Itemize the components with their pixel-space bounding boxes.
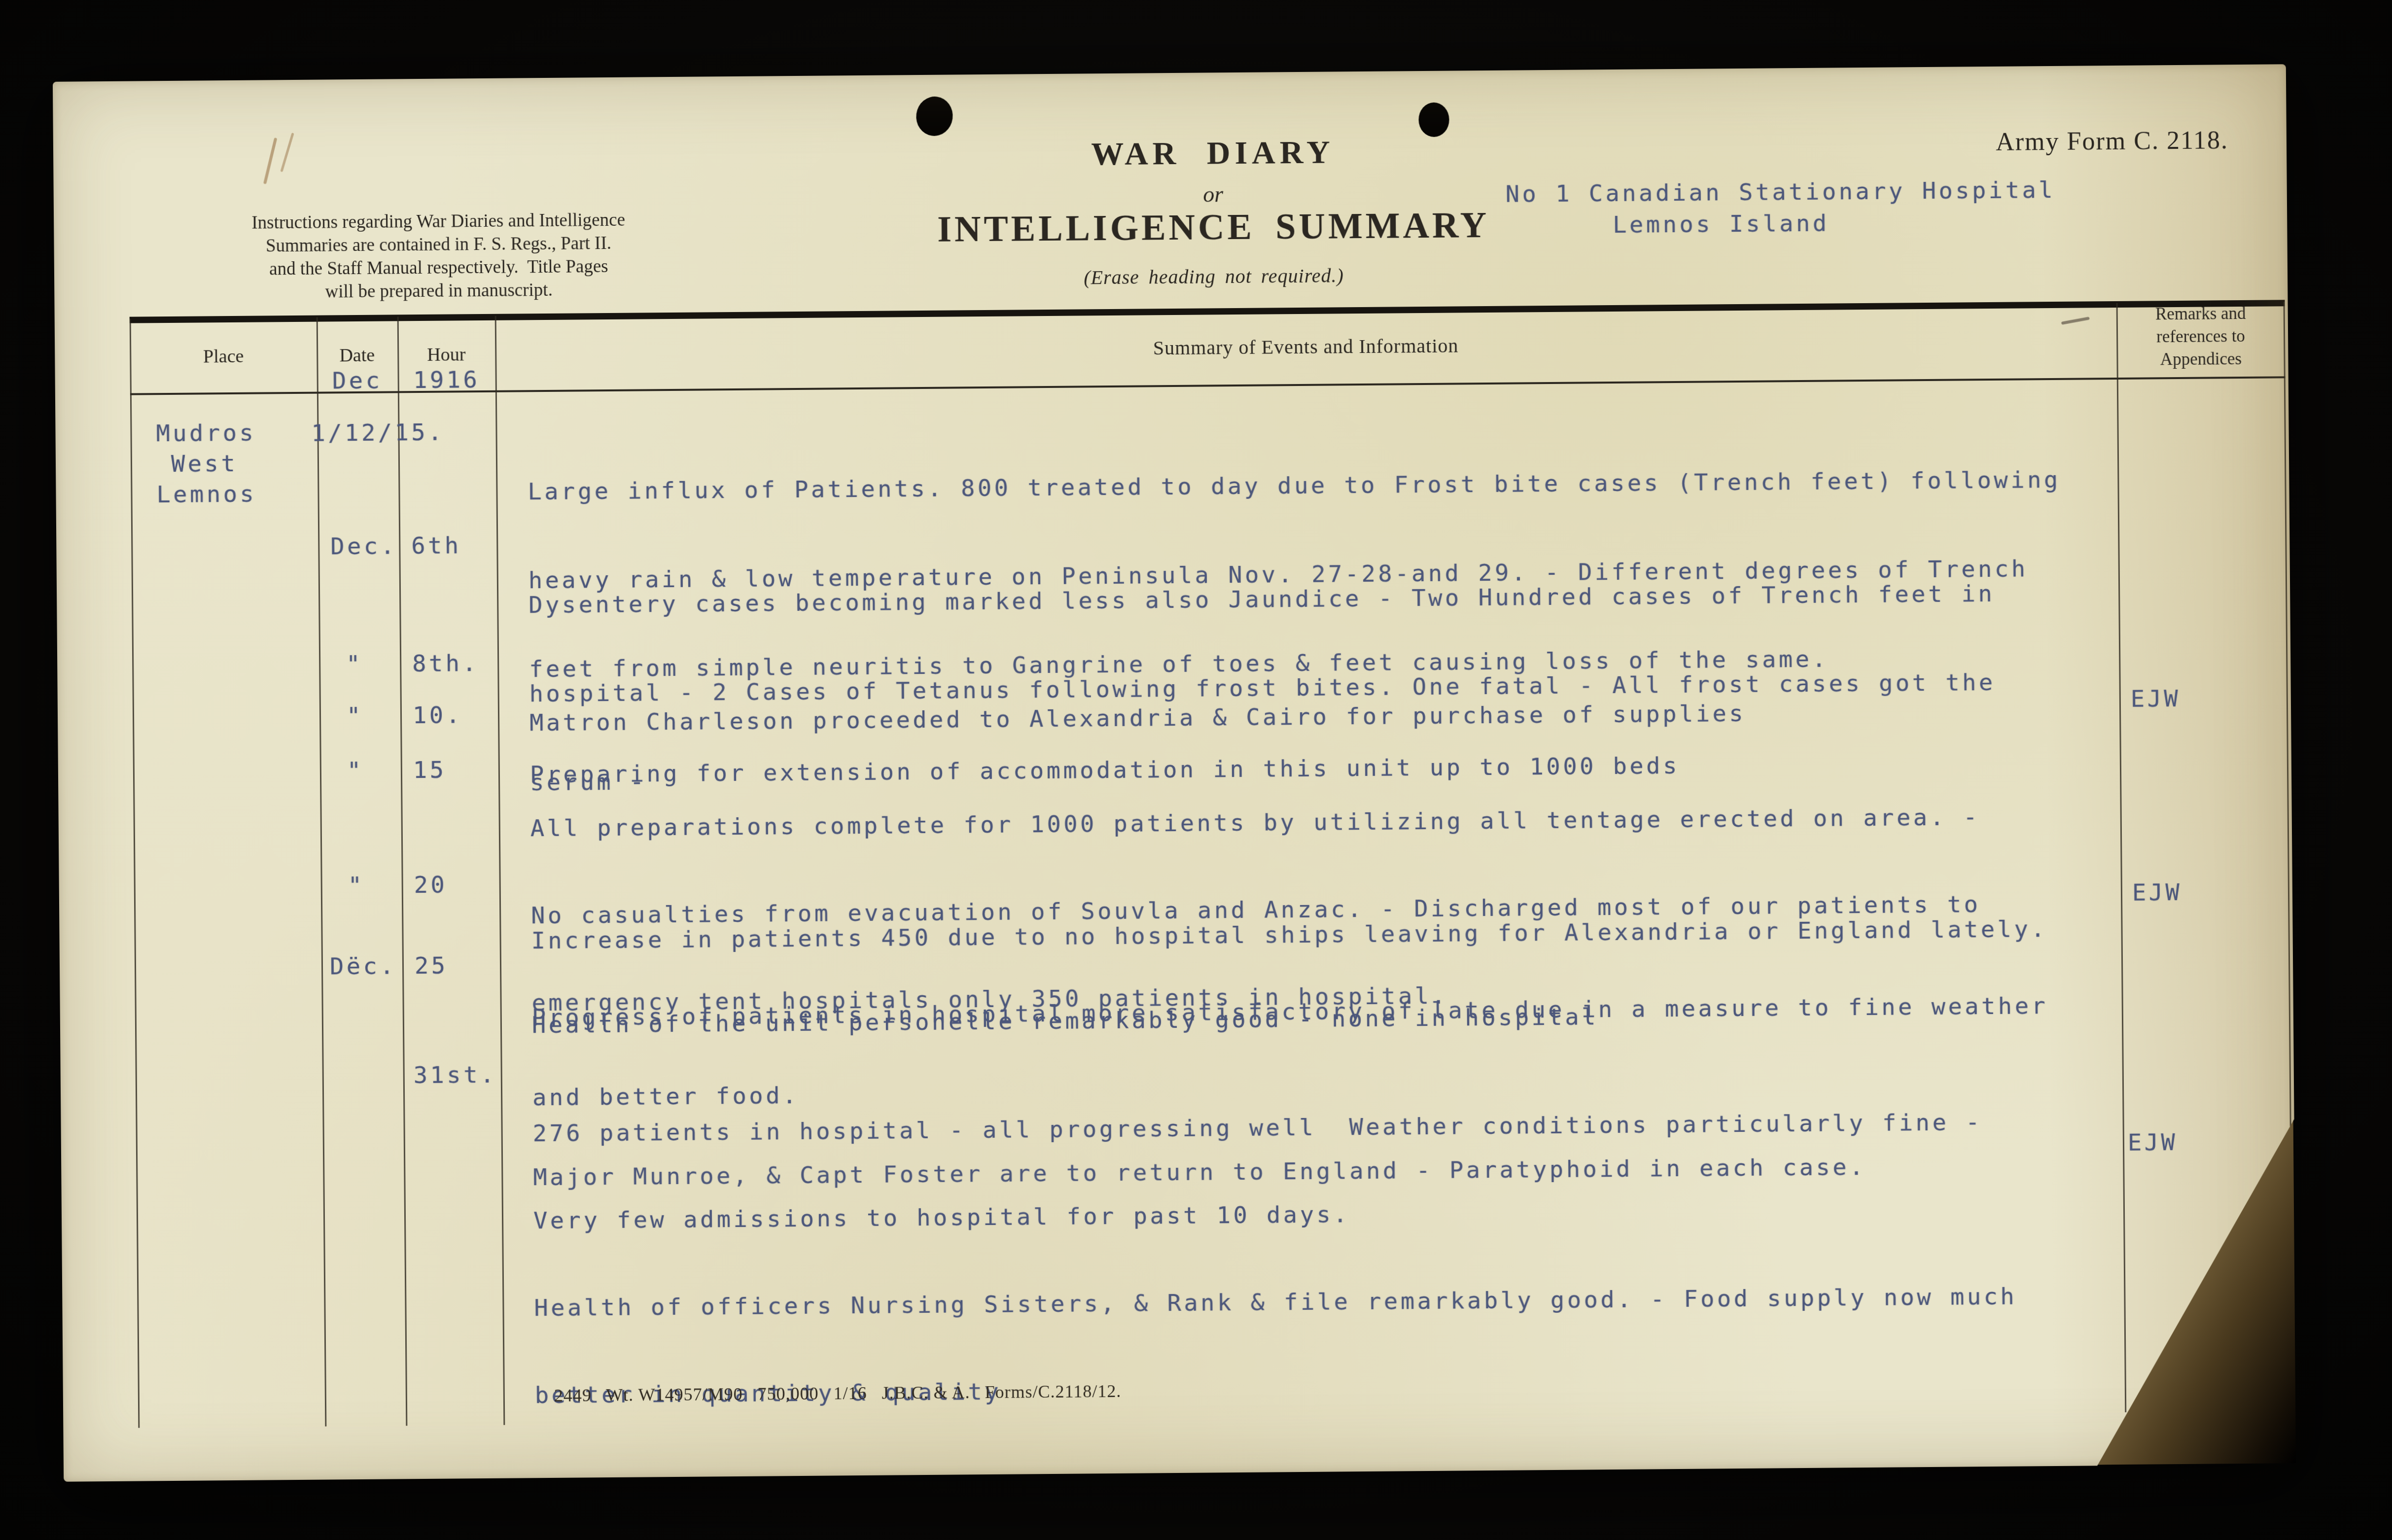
place-line: West	[171, 450, 238, 478]
entry-hour: 25	[415, 952, 448, 980]
war-diary-page: Army Form C. 2118. WAR DIARY or INTELLIG…	[53, 64, 2297, 1481]
remark-initials: EJW	[2131, 685, 2181, 713]
army-form-number: Army Form C. 2118.	[1922, 126, 2228, 157]
remark-initials: EJW	[2128, 1129, 2178, 1156]
typed-month: Dec	[317, 367, 397, 394]
document: Army Form C. 2118. WAR DIARY or INTELLIG…	[53, 64, 2297, 1481]
unit-name-typed: No 1 Canadian Stationary Hospital	[1506, 176, 2056, 208]
entry-hour: 8th.	[412, 650, 479, 677]
unit-location-typed: Lemnos Island	[1613, 210, 1829, 239]
entry-hour: 31st.	[414, 1061, 497, 1089]
erase-heading-note: (Erase heading not required.)	[770, 261, 1657, 291]
entry-hour: 6th	[411, 532, 461, 560]
punch-hole	[914, 94, 955, 138]
pen-mark	[2061, 316, 2090, 324]
place-line: Mudros	[156, 420, 256, 448]
entry-date: Dec.	[330, 532, 397, 560]
column-header-summary: Summary of Events and Information	[495, 329, 2116, 365]
pen-mark	[280, 133, 294, 172]
punch-hole	[1418, 103, 1449, 137]
typed-year: 1916	[397, 366, 495, 394]
entry-date-ditto: "	[347, 702, 363, 730]
scan-background: Army Form C. 2118. WAR DIARY or INTELLIG…	[0, 0, 2392, 1540]
form-title-intelligence-summary: INTELLIGENCE SUMMARY	[770, 203, 1657, 252]
table-top-rule	[130, 300, 2285, 323]
instructions-line: will be prepared in manuscript.	[202, 278, 675, 305]
entry-date: 1/12/15.	[311, 419, 445, 447]
entry-text: 276 patients in hospital - all progressi…	[532, 1050, 2018, 1469]
entry-hour: 15	[413, 757, 447, 784]
column-line	[495, 316, 505, 1425]
column-line	[130, 319, 140, 1428]
column-line	[317, 317, 327, 1427]
column-line	[2116, 303, 2127, 1412]
place-line: Lemnos	[156, 481, 256, 509]
entry-date-ditto: "	[346, 651, 363, 678]
instructions-line: Summaries are contained in F. S. Regs., …	[202, 231, 675, 258]
instructions-line: and the Staff Manual respectively. Title…	[202, 254, 675, 281]
entry-date: Dëc.	[330, 952, 397, 980]
form-title-war-diary: WAR DIARY	[769, 131, 1657, 175]
entry-hour: 10.	[413, 701, 463, 729]
column-line	[397, 316, 408, 1426]
column-header-remarks: Remarks and references to Appendices	[2116, 302, 2286, 371]
entry-date-ditto: "	[348, 872, 365, 899]
instructions-line: Instructions regarding War Diaries and I…	[202, 208, 675, 235]
entry-hour: 20	[414, 872, 448, 899]
entry-date-ditto: "	[347, 757, 364, 784]
column-header-date: Date	[317, 344, 397, 366]
remark-initials: EJW	[2132, 879, 2182, 907]
pen-mark	[263, 138, 277, 184]
instructions-note: Instructions regarding War Diaries and I…	[202, 208, 675, 305]
column-header-hour: Hour	[397, 344, 495, 366]
column-header-place: Place	[130, 345, 317, 368]
